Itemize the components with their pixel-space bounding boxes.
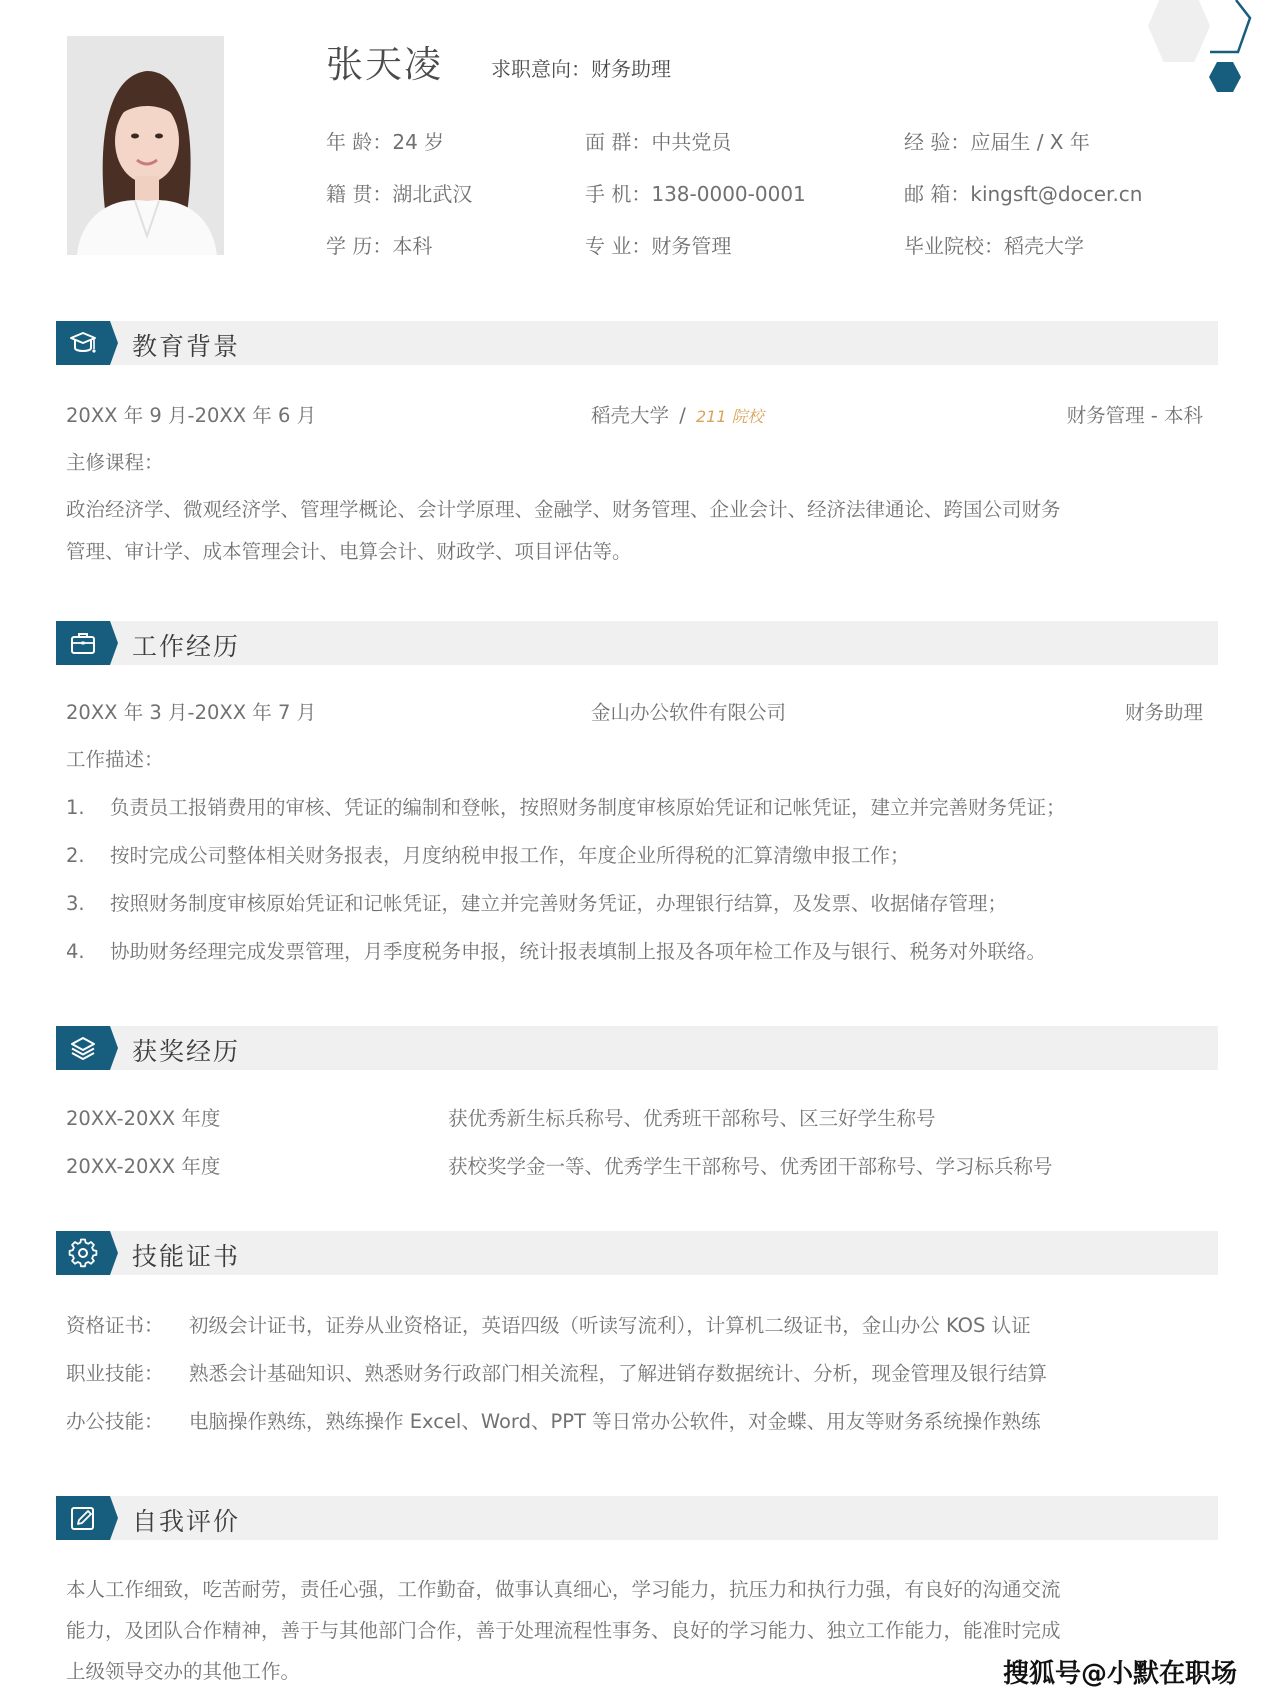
section-header-self-eval: 自我评价 (56, 1496, 1218, 1540)
briefcase-icon (68, 628, 98, 658)
section-badge (56, 321, 118, 365)
self-eval-line: 能力，及团队合作精神，善于与其他部门合作，善于处理流程性事务、良好的学习能力、独… (66, 1615, 1061, 1643)
graduation-cap-icon (68, 328, 98, 358)
section-title: 工作经历 (132, 627, 240, 663)
edit-pen-icon (68, 1503, 98, 1533)
section-title: 技能证书 (132, 1237, 240, 1273)
candidate-name: 张天凌 (326, 34, 443, 88)
decor-hexagon-light (1148, 0, 1210, 62)
info-phone: 手 机：138-0000-0001 (585, 178, 806, 207)
info-school: 毕业院校：稻壳大学 (904, 230, 1084, 259)
section-badge (56, 1026, 118, 1070)
info-experience: 经 验：应届生 / X 年 (904, 126, 1090, 155)
info-hometown: 籍 贯：湖北武汉 (326, 178, 472, 207)
decor-hexagon-dark (1209, 62, 1241, 92)
skill-row: 职业技能：熟悉会计基础知识、熟悉财务行政部门相关流程，了解进销存数据统计、分析，… (66, 1358, 1047, 1386)
education-school: 稻壳大学 / 211 院校 (591, 400, 764, 428)
job-intent: 求职意向：财务助理 (491, 53, 671, 82)
school-tag: 211 院校 (696, 407, 764, 426)
work-period: 20XX 年 3 月-20XX 年 7 月 (66, 697, 316, 725)
self-eval-line: 上级领导交办的其他工作。 (66, 1656, 300, 1684)
work-item: 1.负责员工报销费用的审核、凭证的编制和登帐，按照财务制度审核原始凭证和记帐凭证… (66, 792, 1066, 820)
gear-icon (68, 1238, 98, 1268)
work-position: 财务助理 (1125, 697, 1203, 725)
work-item: 2.按时完成公司整体相关财务报表，月度纳税申报工作，年度企业所得税的汇算清缴申报… (66, 840, 910, 868)
section-title: 获奖经历 (132, 1032, 240, 1068)
section-header-skills: 技能证书 (56, 1231, 1218, 1275)
courses-line: 管理、审计学、成本管理会计、电算会计、财政学、项目评估等。 (66, 536, 632, 564)
info-degree: 学 历：本科 (326, 230, 432, 259)
info-major: 专 业：财务管理 (585, 230, 731, 259)
layers-icon (68, 1033, 98, 1063)
section-header-education: 教育背景 (56, 321, 1218, 365)
award-year: 20XX-20XX 年度 (66, 1103, 220, 1131)
info-political: 面 群：中共党员 (585, 126, 731, 155)
section-header-work: 工作经历 (56, 621, 1218, 665)
work-company: 金山办公软件有限公司 (591, 697, 786, 725)
education-major: 财务管理 - 本科 (1067, 400, 1203, 428)
skill-row: 资格证书：初级会计证书，证券从业资格证，英语四级（听读写流利），计算机二级证书，… (66, 1310, 1031, 1338)
section-badge (56, 621, 118, 665)
skill-row: 办公技能：电脑操作熟练，熟练操作 Excel、Word、PPT 等日常办公软件，… (66, 1406, 1041, 1434)
section-header-awards: 获奖经历 (56, 1026, 1218, 1070)
education-period: 20XX 年 9 月-20XX 年 6 月 (66, 400, 316, 428)
section-title: 自我评价 (132, 1502, 240, 1538)
courses-line: 政治经济学、微观经济学、管理学概论、会计学原理、金融学、财务管理、企业会计、经济… (66, 494, 1061, 522)
decor-hexagon-outline (1208, 0, 1258, 56)
watermark: 搜狐号@小默在职场 (1003, 1653, 1237, 1690)
award-year: 20XX-20XX 年度 (66, 1151, 220, 1179)
courses-label: 主修课程： (66, 447, 164, 475)
work-desc-label: 工作描述： (66, 744, 164, 772)
profile-photo (67, 36, 224, 255)
section-badge (56, 1496, 118, 1540)
award-text: 获校奖学金一等、优秀学生干部称号、优秀团干部称号、学习标兵称号 (448, 1151, 1053, 1179)
self-eval-line: 本人工作细致，吃苦耐劳，责任心强，工作勤奋，做事认真细心，学习能力，抗压力和执行… (66, 1574, 1061, 1602)
avatar-portrait-icon (67, 36, 224, 255)
work-item: 3.按照财务制度审核原始凭证和记帐凭证，建立并完善财务凭证，办理银行结算，及发票… (66, 888, 1007, 916)
work-item: 4.协助财务经理完成发票管理，月季度税务申报，统计报表填制上报及各项年检工作及与… (66, 936, 1046, 964)
info-age: 年 龄：24 岁 (326, 126, 444, 155)
award-text: 获优秀新生标兵称号、优秀班干部称号、区三好学生称号 (448, 1103, 936, 1131)
section-title: 教育背景 (132, 327, 240, 363)
info-email: 邮 箱：kingsft@docer.cn (904, 178, 1142, 207)
section-badge (56, 1231, 118, 1275)
